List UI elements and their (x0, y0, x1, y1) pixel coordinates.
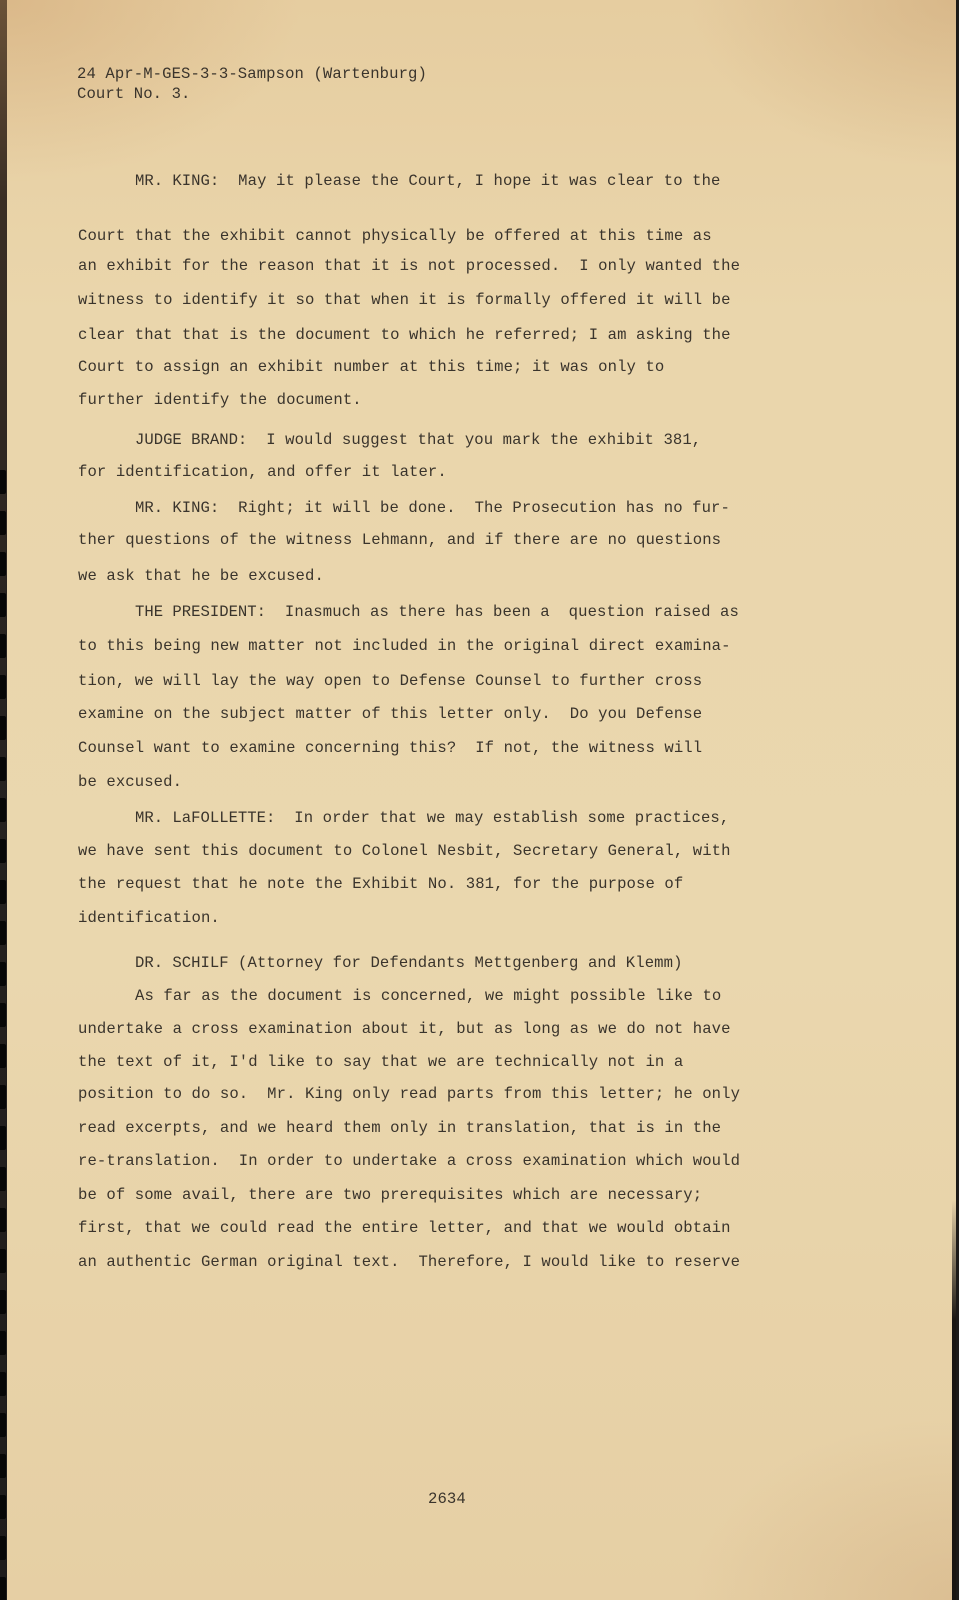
transcript-line: undertake a cross examination about it, … (78, 1019, 731, 1039)
line-text: we have sent this document to Colonel Ne… (78, 842, 731, 860)
transcript-line: Court that the exhibit cannot physically… (78, 226, 712, 246)
sprocket-hole (0, 552, 6, 576)
sprocket-hole (0, 1372, 6, 1396)
transcript-line: MR. LaFOLLETTE: In order that we may est… (135, 808, 729, 828)
transcript-line: examine on the subject matter of this le… (78, 704, 702, 724)
sprocket-hole (0, 1290, 6, 1314)
transcript-line: witness to identify it so that when it i… (78, 290, 731, 310)
sprocket-hole (0, 757, 6, 781)
line-text: Court that the exhibit cannot physically… (78, 227, 712, 245)
document-reference: 24 Apr-M-GES-3-3-Sampson (Wartenburg) (77, 64, 427, 84)
sprocket-hole (0, 1085, 6, 1109)
court-number: Court No. 3. (77, 84, 191, 104)
transcript-line: MR. KING: Right; it will be done. The Pr… (135, 498, 730, 518)
line-text: an exhibit for the reason that it is not… (78, 257, 740, 275)
sprocket-hole (0, 1249, 6, 1273)
transcript-line: Court to assign an exhibit number at thi… (78, 357, 664, 377)
paper-page: 24 Apr-M-GES-3-3-Sampson (Wartenburg) Co… (7, 0, 956, 1600)
sprocket-hole (0, 1536, 6, 1560)
transcript-line: read excerpts, and we heard them only in… (78, 1118, 721, 1138)
sprocket-hole (0, 634, 6, 658)
transcript-line: DR. SCHILF (Attorney for Defendants Mett… (135, 953, 683, 973)
transcript-line: an exhibit for the reason that it is not… (78, 256, 740, 276)
line-text: Right; it will be done. The Prosecution … (219, 499, 730, 517)
speaker-label: MR. LaFOLLETTE: (135, 809, 275, 827)
line-text: be excused. (78, 773, 182, 791)
sprocket-hole (0, 880, 6, 904)
transcript-line: further identify the document. (78, 390, 362, 410)
transcript-line: the text of it, I'd like to say that we … (78, 1052, 683, 1072)
transcript-line: for identification, and offer it later. (78, 462, 447, 482)
transcript-line: be of some avail, there are two prerequi… (78, 1185, 702, 1205)
line-text: ther questions of the witness Lehmann, a… (78, 531, 721, 549)
transcript-line: first, that we could read the entire let… (78, 1218, 731, 1238)
line-text: tion, we will lay the way open to Defens… (78, 672, 702, 690)
line-text: examine on the subject matter of this le… (78, 705, 702, 723)
transcript-line: an authentic German original text. There… (78, 1252, 740, 1272)
speaker-label: THE PRESIDENT: (135, 603, 266, 621)
transcript-line: we ask that he be excused. (78, 566, 324, 586)
sprocket-hole (0, 921, 6, 945)
transcript-line: be excused. (78, 772, 182, 792)
line-text: Court to assign an exhibit number at thi… (78, 358, 664, 376)
sprocket-hole (0, 511, 6, 535)
speaker-label: DR. SCHILF (135, 954, 229, 972)
transcript-line: to this being new matter not included in… (78, 636, 731, 656)
speaker-label: JUDGE BRAND: (135, 431, 247, 449)
sprocket-hole (0, 1331, 6, 1355)
transcript-line: As far as the document is concerned, we … (135, 986, 721, 1006)
transcript-line: we have sent this document to Colonel Ne… (78, 841, 731, 861)
speaker-label: MR. KING: (135, 499, 219, 517)
line-text: undertake a cross examination about it, … (78, 1020, 731, 1038)
sprocket-hole (0, 1495, 6, 1519)
line-text: an authentic German original text. There… (78, 1253, 740, 1271)
line-text: to this being new matter not included in… (78, 637, 731, 655)
line-text: the text of it, I'd like to say that we … (78, 1053, 683, 1071)
sprocket-hole (0, 1003, 6, 1027)
line-text: I would suggest that you mark the exhibi… (247, 431, 701, 449)
transcript-line: tion, we will lay the way open to Defens… (78, 671, 702, 691)
transcript-line: JUDGE BRAND: I would suggest that you ma… (135, 430, 701, 450)
transcript-line: ther questions of the witness Lehmann, a… (78, 530, 721, 550)
transcript-line: MR. KING: May it please the Court, I hop… (135, 171, 721, 191)
line-text: for identification, and offer it later. (78, 463, 447, 481)
sprocket-hole (0, 1413, 6, 1437)
line-text: position to do so. Mr. King only read pa… (78, 1085, 740, 1103)
line-text: re-translation. In order to undertake a … (78, 1152, 740, 1170)
sprocket-hole (0, 1454, 6, 1478)
line-text: witness to identify it so that when it i… (78, 291, 731, 309)
sprocket-hole (0, 593, 6, 617)
sprocket-hole (0, 839, 6, 863)
sprocket-hole (0, 1167, 6, 1191)
line-text: As far as the document is concerned, we … (135, 987, 721, 1005)
page-number: 2634 (428, 1489, 466, 1509)
transcript-line: re-translation. In order to undertake a … (78, 1151, 740, 1171)
line-text: read excerpts, and we heard them only in… (78, 1119, 721, 1137)
sprocket-hole (0, 798, 6, 822)
transcript-line: position to do so. Mr. King only read pa… (78, 1084, 740, 1104)
line-text: identification. (78, 909, 220, 927)
line-text: Counsel want to examine concerning this?… (78, 739, 702, 757)
line-text: be of some avail, there are two prerequi… (78, 1186, 702, 1204)
line-text: we ask that he be excused. (78, 567, 324, 585)
transcript-line: Counsel want to examine concerning this?… (78, 738, 702, 758)
sprocket-hole (0, 1577, 6, 1600)
transcript-line: THE PRESIDENT: Inasmuch as there has bee… (135, 602, 739, 622)
speaker-label: MR. KING: (135, 172, 219, 190)
line-text: clear that that is the document to which… (78, 326, 731, 344)
line-text: further identify the document. (78, 391, 362, 409)
sprocket-hole (0, 716, 6, 740)
line-text: the request that he note the Exhibit No.… (78, 875, 683, 893)
sprocket-hole (0, 675, 6, 699)
sprocket-hole (0, 1126, 6, 1150)
line-text: May it please the Court, I hope it was c… (219, 172, 720, 190)
line-text: In order that we may establish some prac… (275, 809, 729, 827)
transcript-line: identification. (78, 908, 220, 928)
line-text: (Attorney for Defendants Mettgenberg and… (229, 954, 683, 972)
transcript-line: the request that he note the Exhibit No.… (78, 874, 683, 894)
sprocket-hole (0, 1208, 6, 1232)
sprocket-hole (0, 470, 6, 494)
page-right-edge (952, 1200, 956, 1600)
line-text: Inasmuch as there has been a question ra… (266, 603, 739, 621)
line-text: first, that we could read the entire let… (78, 1219, 731, 1237)
transcript-line: clear that that is the document to which… (78, 325, 731, 345)
sprocket-hole (0, 962, 6, 986)
sprocket-hole (0, 1044, 6, 1068)
